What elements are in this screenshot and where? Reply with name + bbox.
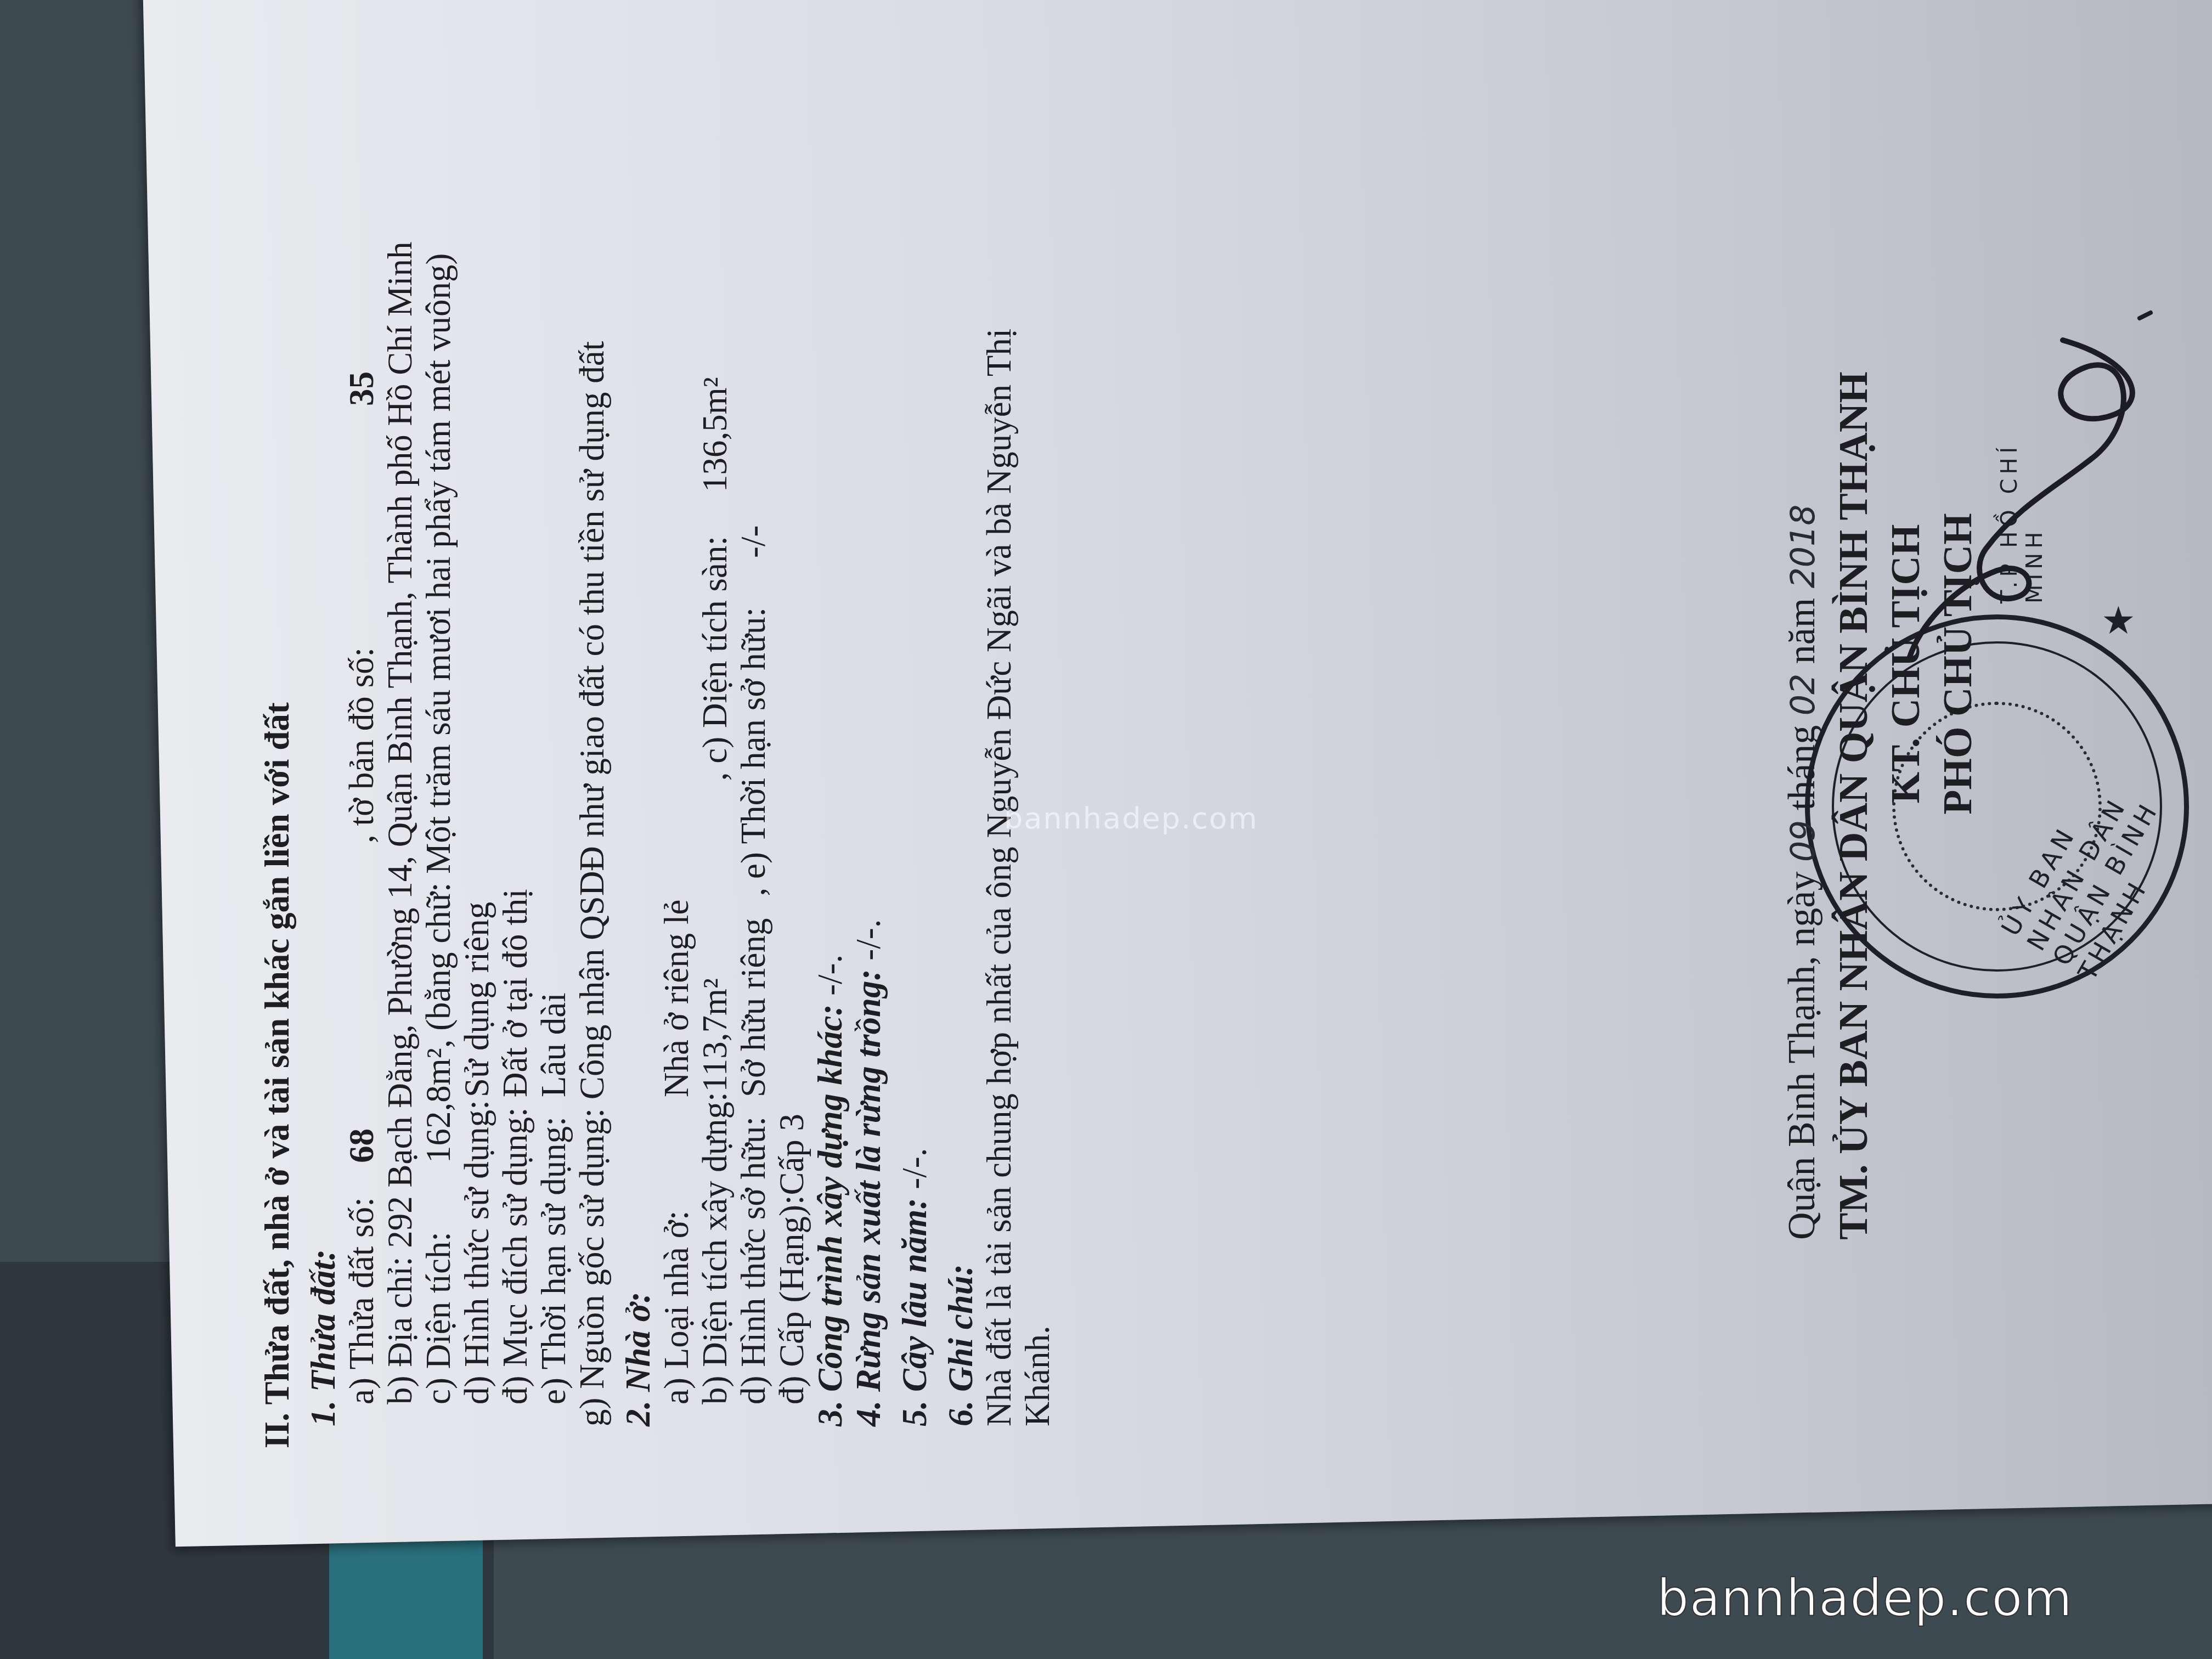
notes-text-line2: Khánh. [1018, 49, 1057, 1448]
land-origin-row: g) Nguồn gốc sử dụng: Công nhận QSDĐ như… [573, 49, 611, 1448]
forest-value: -/-. [849, 919, 888, 961]
land-term-row: e) Thời hạn sử dụng:Lâu dài [534, 49, 573, 1448]
map-sheet-value: 35 [342, 371, 381, 406]
parcel-number-label: a) Thửa đất số: [342, 1196, 381, 1404]
issuing-organization: TM. ỦY BAN NHÂN DÂN QUẬN BÌNH THẠNH [1828, 88, 1880, 1240]
forest-row: 4. Rừng sản xuất là rừng trồng: -/-. [849, 49, 888, 1448]
notes-text-line1: Nhà đất là tài sản chung hợp nhất của ôn… [980, 49, 1018, 1448]
perennial-label: 5. Cây lâu năm: [895, 1198, 934, 1426]
land-use-form-row: d) Hình thức sử dụng:Sử dụng riêng [458, 49, 496, 1448]
watermark-corner: bannhadep.com [1657, 1569, 2073, 1628]
signer-title-line1: KT. CHỦ TỊCH [1880, 417, 1932, 911]
parcel-number-value: 68 [342, 1128, 381, 1163]
land-purpose-row: đ) Mục đích sử dụng:Đất ở tại đô thị [496, 49, 534, 1448]
purpose-value: Đất ở tại đô thị [496, 889, 534, 1097]
year-label: năm [1781, 598, 1823, 664]
address-label: b) Địa chỉ: [381, 1257, 419, 1404]
ownership-value: Sở hữu riêng [734, 918, 772, 1097]
perennial-row: 5. Cây lâu năm: -/-. [895, 49, 934, 1448]
grade-label: đ) Cấp (Hạng): [772, 1195, 811, 1404]
month-value: 02 [1784, 674, 1822, 715]
house-ownership-row: d) Hình thức sở hữu:Sở hữu riêng, e) Thờ… [734, 49, 772, 1448]
house-type-row: a) Loại nhà ở:Nhà ở riêng lẻ [657, 49, 696, 1448]
build-area-value: 113,7m² [696, 978, 734, 1092]
land-address-row: b) Địa chỉ: 292 Bạch Đằng, Phường 14, Qu… [381, 49, 419, 1448]
purpose-label: đ) Mục đích sử dụng: [496, 1097, 534, 1404]
document-body: II. Thửa đất, nhà ở và tài sản khác gắn … [258, 49, 1520, 1448]
place-date-line: Quận Bình Thạnh, ngày 09 tháng 02 năm 20… [1778, 88, 1828, 1240]
ownership-label: d) Hình thức sở hữu: [734, 1097, 772, 1404]
ownership-term-value: -/- [734, 526, 772, 558]
ownership-term-label: , e) Thời hạn sở hữu: [734, 607, 772, 896]
grade-value: Cấp 3 [772, 1114, 811, 1195]
origin-value: Công nhận QSDĐ như giao đất có thu tiền … [573, 341, 611, 1099]
signer-title-line2: PHÓ CHỦ TỊCH [1932, 417, 1984, 911]
other-works-row: 3. Công trình xây dựng khác: -/-. [811, 49, 849, 1448]
term-value: Lâu dài [534, 992, 573, 1097]
map-sheet-label: , tờ bản đồ số: [342, 647, 381, 843]
day-value: 09 [1784, 820, 1822, 862]
other-works-value: -/-. [811, 955, 849, 996]
forest-label: 4. Rừng sản xuất là rừng trồng: [849, 969, 888, 1427]
signature-block: Quận Bình Thạnh, ngày 09 tháng 02 năm 20… [1778, 88, 1984, 1240]
house-heading: 2. Nhà ở: [619, 49, 657, 1448]
floor-area-value: 136,5m² [696, 377, 734, 492]
watermark-center: bannhadep.com [1004, 801, 1258, 836]
section-heading: II. Thửa đất, nhà ở và tài sản khác gắn … [258, 49, 296, 1448]
land-parcel-row: a) Thửa đất số:68, tờ bản đồ số:35 [342, 49, 381, 1448]
year-value: 2018 [1784, 505, 1822, 589]
use-form-label: d) Hình thức sử dụng: [458, 1097, 496, 1404]
house-area-row: b) Diện tích xây dựng:113,7m², c) Diện t… [696, 49, 734, 1448]
other-works-label: 3. Công trình xây dựng khác: [811, 1005, 849, 1426]
floor-area-label: , c) Diện tích sàn: [696, 536, 734, 781]
term-label: e) Thời hạn sử dụng: [534, 1097, 573, 1404]
use-form-value: Sử dụng riêng [458, 902, 496, 1097]
origin-label: g) Nguồn gốc sử dụng: [573, 1108, 611, 1426]
house-grade-row: đ) Cấp (Hạng):Cấp 3 [772, 49, 811, 1448]
address-value: 292 Bạch Đằng, Phường 14, Quận Bình Thạn… [381, 242, 419, 1248]
land-area-row: c) Diện tích:162,8m², (bằng chữ: Một tră… [419, 49, 458, 1448]
area-value: 162,8m², (bằng chữ: Một trăm sáu mươi ha… [419, 253, 458, 1163]
build-area-label: b) Diện tích xây dựng: [696, 1092, 734, 1404]
place-date-prefix: Quận Bình Thạnh, ngày [1781, 872, 1823, 1240]
land-heading: 1. Thửa đất: [304, 49, 342, 1448]
perennial-value: -/-. [895, 1148, 934, 1189]
notes-label: 6. Ghi chú: [941, 49, 980, 1448]
month-label: tháng [1781, 725, 1823, 811]
area-label: c) Diện tích: [419, 1196, 458, 1404]
house-type-value: Nhà ở riêng lẻ [657, 900, 696, 1097]
house-type-label: a) Loại nhà ở: [657, 1097, 696, 1404]
